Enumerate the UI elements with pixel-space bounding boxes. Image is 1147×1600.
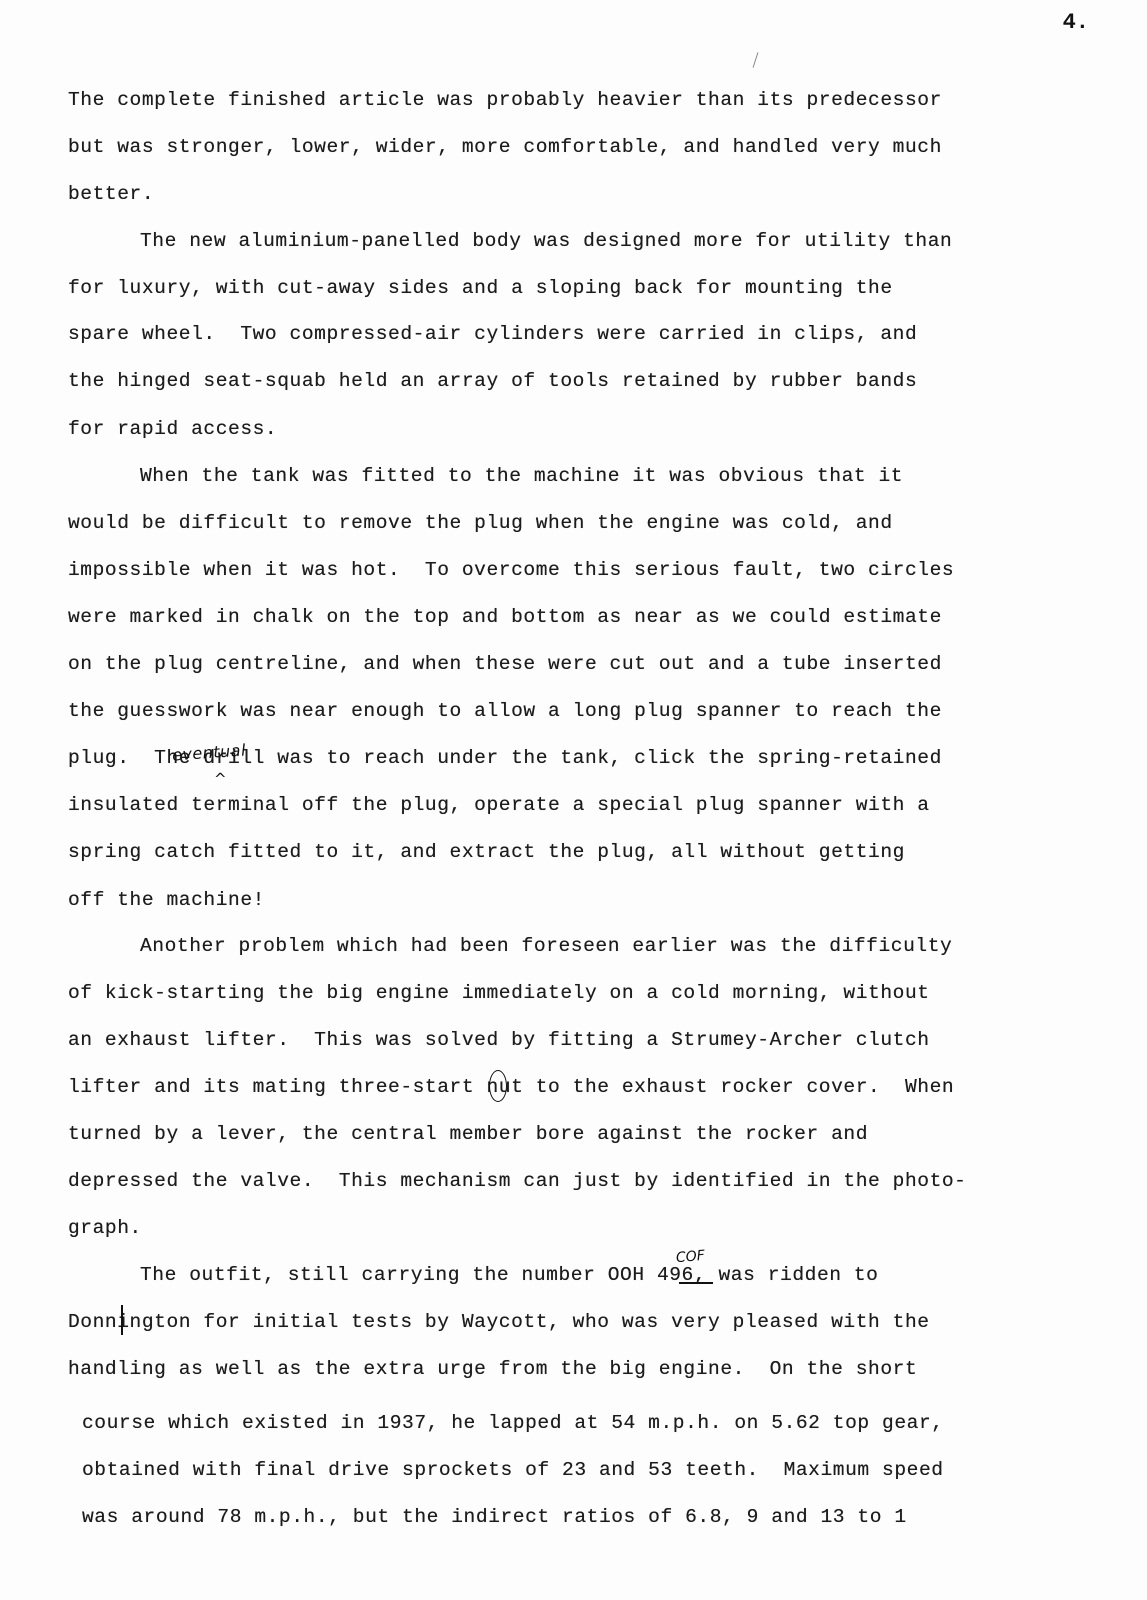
document-page: 4. The complete finished article was pro… <box>0 0 1147 1600</box>
text-line: turned by a lever, the central member bo… <box>68 1122 868 1146</box>
text-line: of kick-starting the big engine immediat… <box>68 981 930 1005</box>
text-line: The new aluminium-panelled body was desi… <box>140 229 952 253</box>
text-line: would be difficult to remove the plug wh… <box>68 511 893 535</box>
text-line: spare wheel. Two compressed-air cylinder… <box>68 322 917 346</box>
text-line: insulated terminal off the plug, operate… <box>68 793 930 817</box>
text-line: Donnington for initial tests by Waycott,… <box>68 1310 930 1334</box>
text-line: the hinged seat-squab held an array of t… <box>68 369 917 393</box>
text-line: spring catch fitted to it, and extract t… <box>68 840 905 864</box>
insertion-caret-mark: ^ <box>214 770 227 788</box>
text-line: The outfit, still carrying the number OO… <box>140 1263 879 1287</box>
text-line: an exhaust lifter. This was solved by fi… <box>68 1028 930 1052</box>
text-line: on the plug centreline, and when these w… <box>68 652 942 676</box>
text-line: The complete finished article was probab… <box>68 88 942 112</box>
text-line: handling as well as the extra urge from … <box>68 1357 917 1381</box>
text-line: graph. <box>68 1216 142 1240</box>
strikethrough-mark <box>679 1282 713 1284</box>
text-line: course which existed in 1937, he lapped … <box>82 1411 944 1435</box>
text-line: Another problem which had been foreseen … <box>140 934 952 958</box>
text-line: lifter and its mating three-start nut to… <box>68 1075 954 1099</box>
text-line: was around 78 m.p.h., but the indirect r… <box>82 1505 907 1529</box>
stray-pen-mark <box>753 52 759 68</box>
text-line: for luxury, with cut-away sides and a sl… <box>68 276 893 300</box>
text-line: impossible when it was hot. To overcome … <box>68 558 954 582</box>
page-number: 4. <box>1063 10 1089 35</box>
handwritten-correction-cof: COF <box>675 1248 705 1266</box>
text-line: off the machine! <box>68 888 265 912</box>
text-line: obtained with final drive sprockets of 2… <box>82 1458 944 1482</box>
text-line: depressed the valve. This mechanism can … <box>68 1169 967 1193</box>
text-line: for rapid access. <box>68 417 277 441</box>
text-line: When the tank was fitted to the machine … <box>140 464 903 488</box>
text-line: but was stronger, lower, wider, more com… <box>68 135 942 159</box>
text-line: the guesswork was near enough to allow a… <box>68 699 942 723</box>
text-line: were marked in chalk on the top and bott… <box>68 605 942 629</box>
text-line: better. <box>68 182 154 206</box>
handwritten-correction-bar <box>121 1305 123 1335</box>
circled-correction-mark <box>489 1070 507 1102</box>
